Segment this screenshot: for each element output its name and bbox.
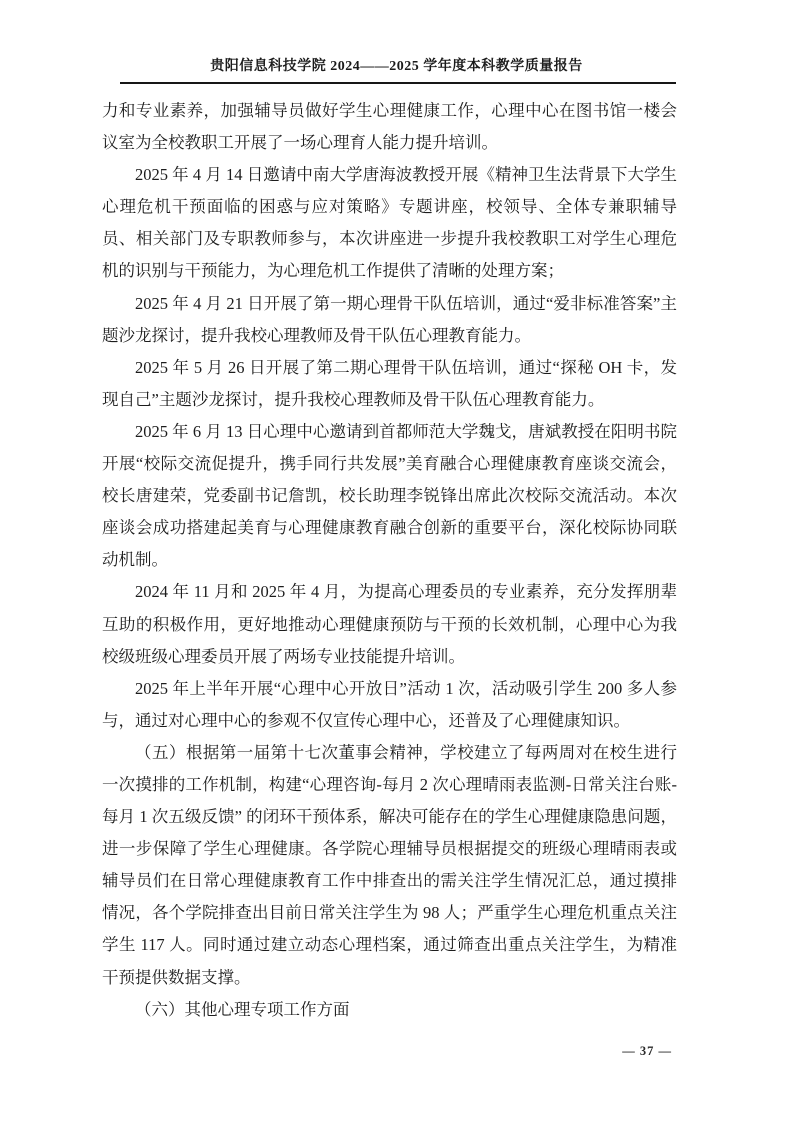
paragraph: 2025 年 4 月 14 日邀请中南大学唐海波教授开展《精神卫生法背景下大学生… xyxy=(102,159,677,287)
paragraph: 2025 年 6 月 13 日心理中心邀请到首都师范大学魏戈，唐斌教授在阳明书院… xyxy=(102,416,677,576)
paragraph: （五）根据第一届第十七次董事会精神，学校建立了每两周对在校生进行一次摸排的工作机… xyxy=(102,737,677,994)
page-header: 贵阳信息科技学院 2024——2025 学年度本科教学质量报告 xyxy=(0,0,793,84)
document-body: 力和专业素养，加强辅导员做好学生心理健康工作，心理中心在图书馆一楼会议室为全校教… xyxy=(102,95,677,1026)
paragraph: 2025 年 4 月 21 日开展了第一期心理骨干队伍培训，通过“爱非标准答案”… xyxy=(102,288,677,352)
page-number: — 37 — xyxy=(622,1044,672,1058)
paragraph: 2024 年 11 月和 2025 年 4 月，为提高心理委员的专业素养，充分发… xyxy=(102,576,677,672)
header-rule xyxy=(120,82,676,84)
paragraph-section-heading: （六）其他心理专项工作方面 xyxy=(102,994,677,1026)
paragraph: 2025 年上半年开展“心理中心开放日”活动 1 次，活动吸引学生 200 多人… xyxy=(102,673,677,737)
paragraph: 2025 年 5 月 26 日开展了第二期心理骨干队伍培训，通过“探秘 OH 卡… xyxy=(102,352,677,416)
paragraph-continuation: 力和专业素养，加强辅导员做好学生心理健康工作，心理中心在图书馆一楼会议室为全校教… xyxy=(102,95,677,159)
header-title: 贵阳信息科技学院 2024——2025 学年度本科教学质量报告 xyxy=(0,57,793,77)
document-page: 贵阳信息科技学院 2024——2025 学年度本科教学质量报告 力和专业素养，加… xyxy=(0,0,793,1122)
page-footer: — 37 — xyxy=(622,1044,672,1059)
